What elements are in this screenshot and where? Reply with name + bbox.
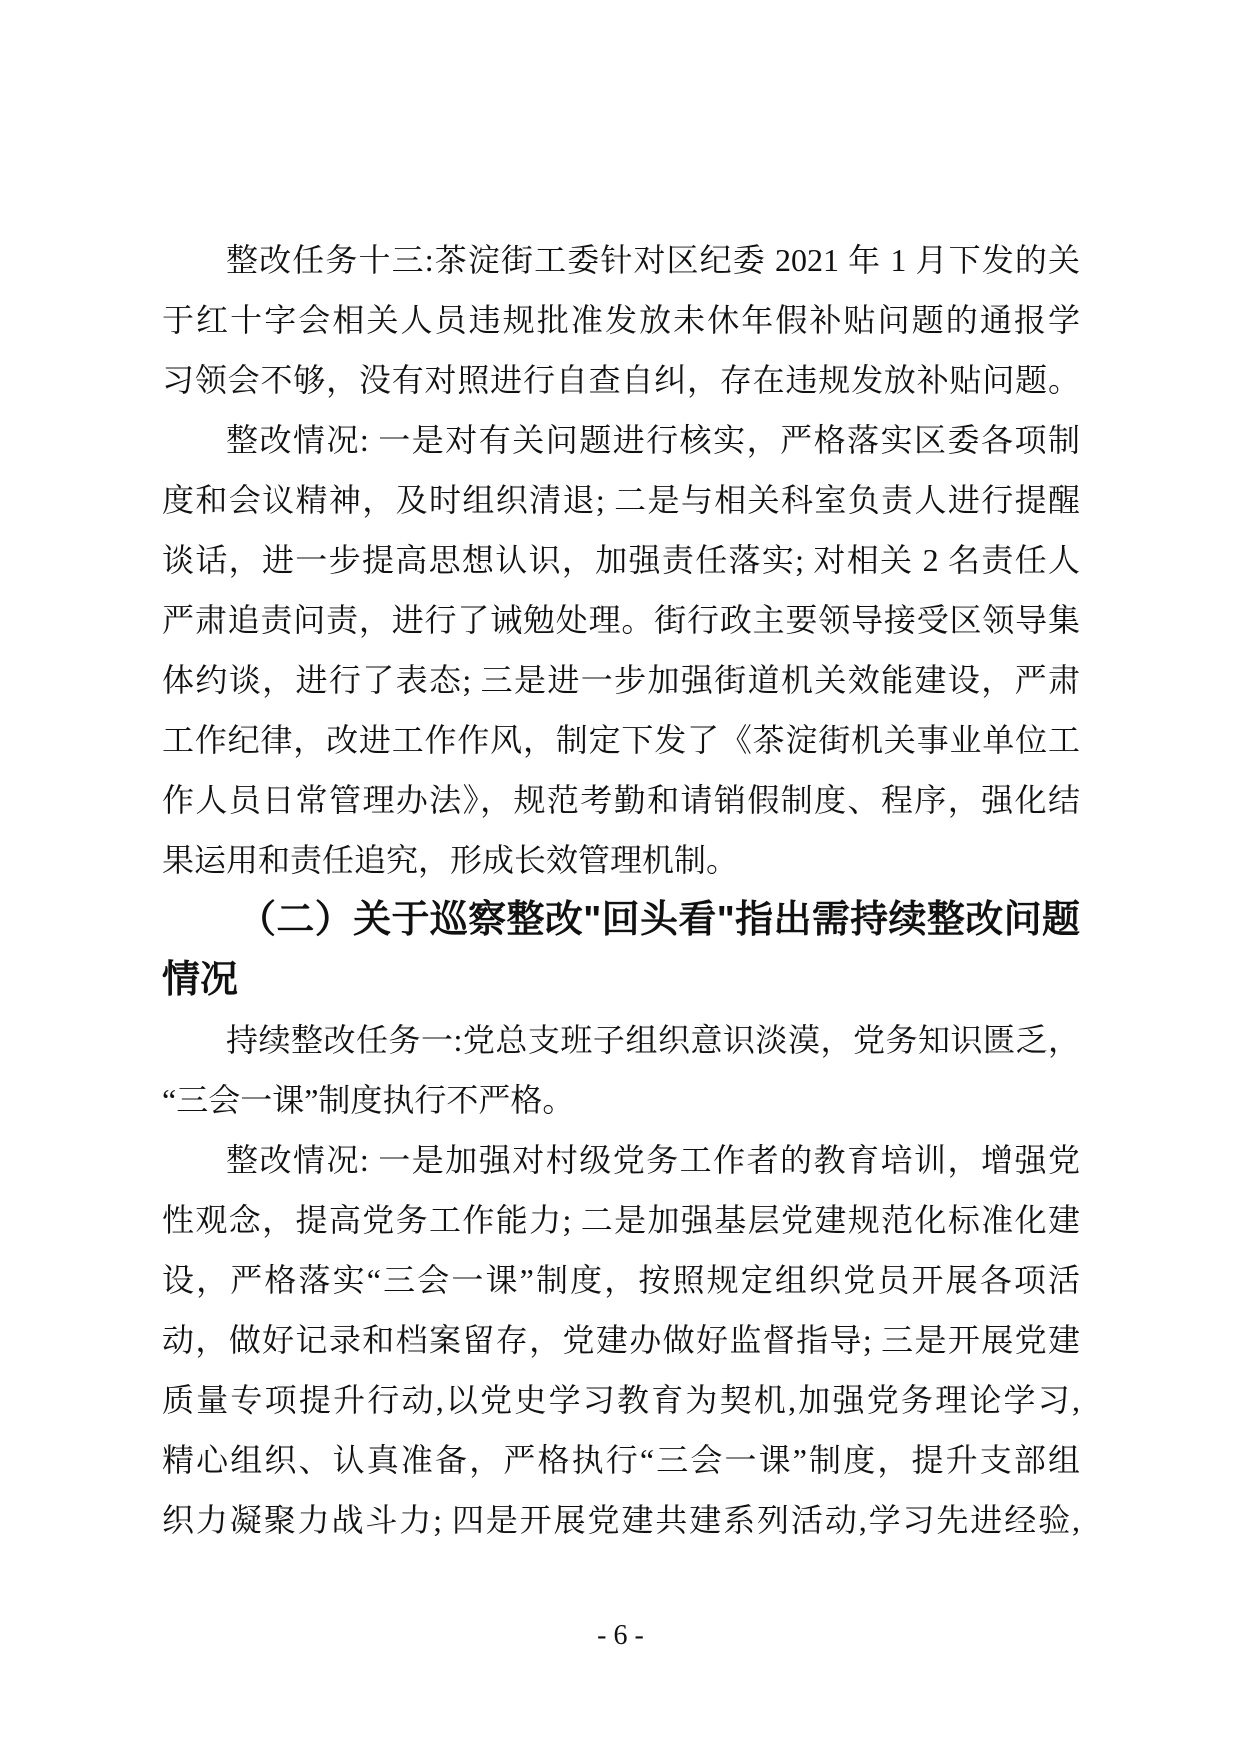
body-line: 整改任务十三:茶淀街工委针对区纪委 2021 年 1 月下发的关 [162, 230, 1080, 290]
body-line: 作人员日常管理办法》，规范考勤和请销假制度、程序，强化结 [162, 770, 1080, 830]
section-heading: （二）关于巡察整改"回头看"指出需持续整改问题的整改 [162, 890, 1080, 950]
body-line: 性观念，提高党务工作能力; 二是加强基层党建规范化标准化建 [162, 1190, 1080, 1250]
body-line: 织力凝聚力战斗力; 四是开展党建共建系列活动,学习先进经验, [162, 1490, 1080, 1550]
document-body: 整改任务十三:茶淀街工委针对区纪委 2021 年 1 月下发的关 于红十字会相关… [162, 230, 1080, 1550]
document-page: 整改任务十三:茶淀街工委针对区纪委 2021 年 1 月下发的关 于红十字会相关… [0, 0, 1241, 1754]
body-line: 谈话，进一步提高思想认识，加强责任落实; 对相关 2 名责任人 [162, 530, 1080, 590]
body-line: 质量专项提升行动,以党史学习教育为契机,加强党务理论学习, [162, 1370, 1080, 1430]
section-heading: 情况 [162, 950, 1080, 1010]
body-line: 度和会议精神，及时组织清退; 二是与相关科室负责人进行提醒 [162, 470, 1080, 530]
body-line: 精心组织、认真准备，严格执行“三会一课”制度，提升支部组 [162, 1430, 1080, 1490]
body-line: 工作纪律，改进工作作风，制定下发了《茶淀街机关事业单位工 [162, 710, 1080, 770]
body-line: 设，严格落实“三会一课”制度，按照规定组织党员开展各项活 [162, 1250, 1080, 1310]
page-number: - 6 - [0, 1616, 1241, 1656]
body-line: 动，做好记录和档案留存，党建办做好监督指导; 三是开展党建 [162, 1310, 1080, 1370]
body-line: 体约谈，进行了表态; 三是进一步加强街道机关效能建设，严肃 [162, 650, 1080, 710]
body-line: 于红十字会相关人员违规批准发放未休年假补贴问题的通报学 [162, 290, 1080, 350]
body-line: 持续整改任务一:党总支班子组织意识淡漠，党务知识匮乏， [162, 1010, 1080, 1070]
body-line: 整改情况: 一是加强对村级党务工作者的教育培训，增强党 [162, 1130, 1080, 1190]
body-line: “三会一课”制度执行不严格。 [162, 1070, 1080, 1130]
body-line: 严肃追责问责，进行了诫勉处理。街行政主要领导接受区领导集 [162, 590, 1080, 650]
body-line: 果运用和责任追究，形成长效管理机制。 [162, 830, 1080, 890]
body-line: 整改情况: 一是对有关问题进行核实，严格落实区委各项制 [162, 410, 1080, 470]
body-line: 习领会不够，没有对照进行自查自纠，存在违规发放补贴问题。 [162, 350, 1080, 410]
